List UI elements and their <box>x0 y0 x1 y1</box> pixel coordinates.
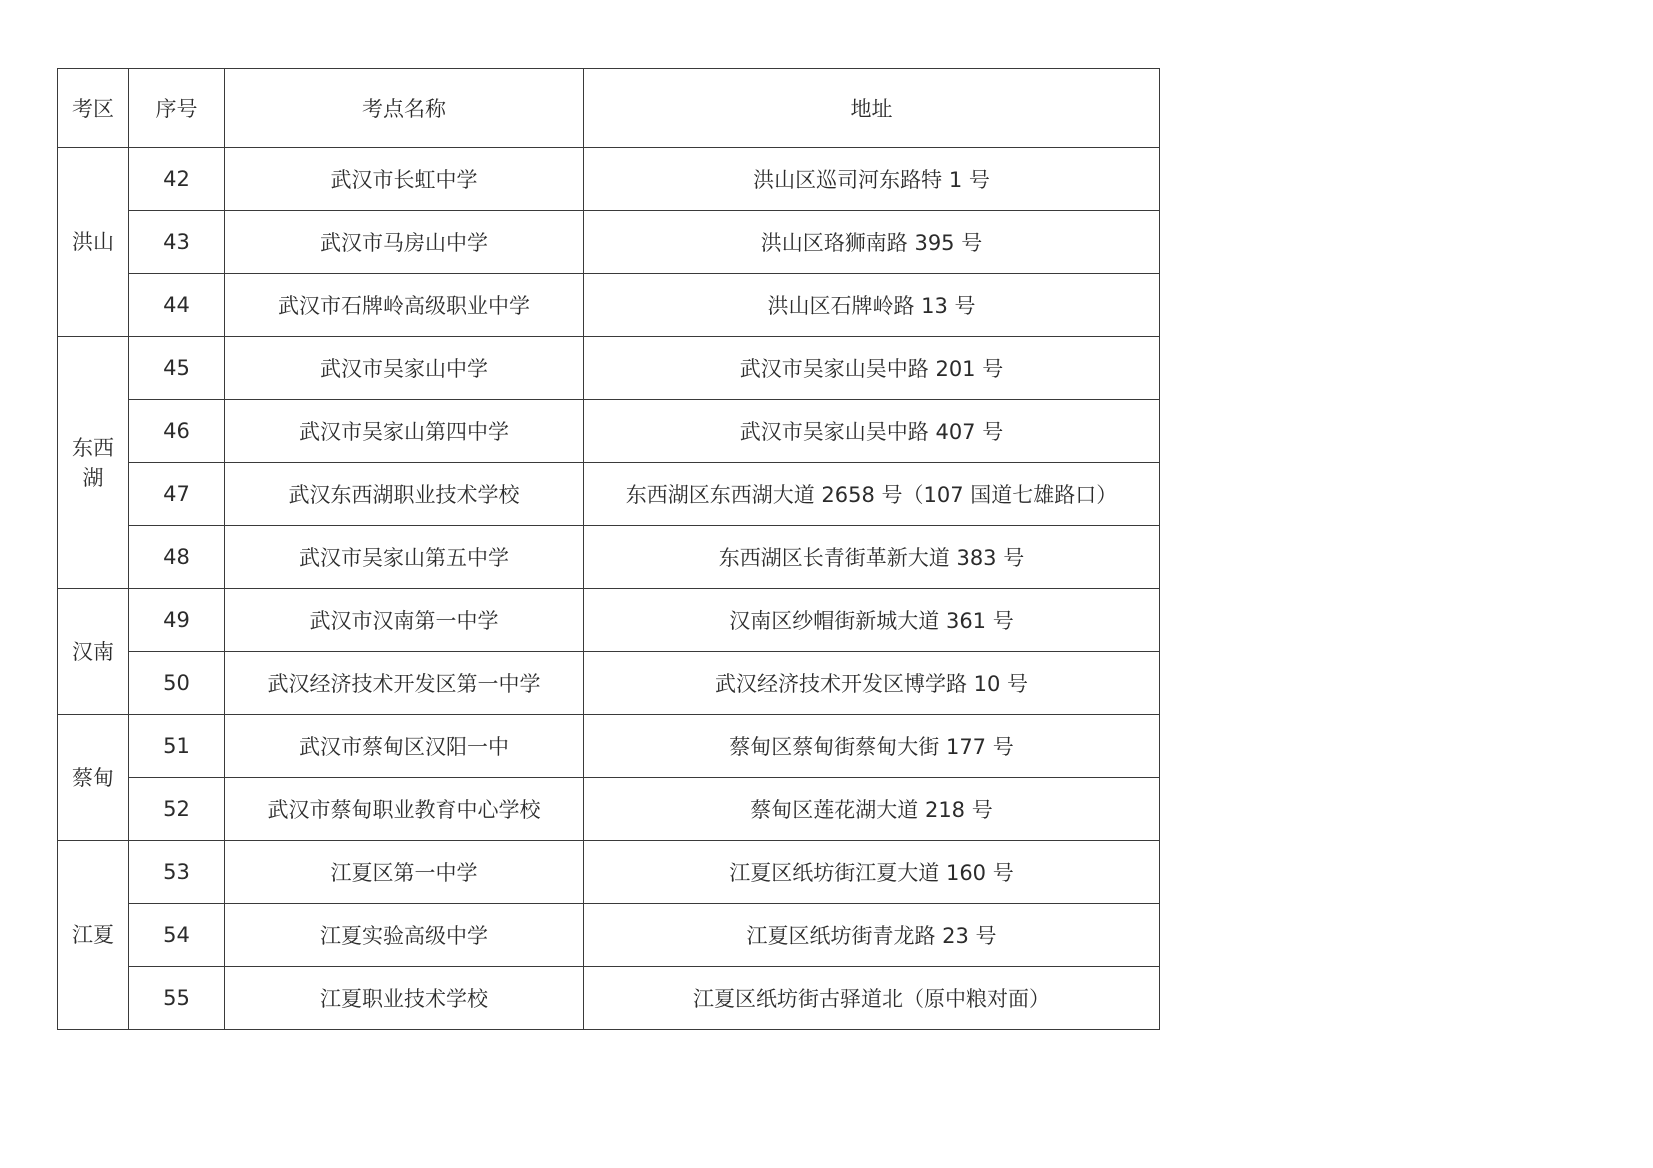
address-cell: 蔡甸区莲花湖大道 218 号 <box>584 778 1160 841</box>
table-header: 考区 序号 考点名称 地址 <box>58 69 1160 148</box>
address-cell: 洪山区珞狮南路 395 号 <box>584 211 1160 274</box>
exam-sites-table: 考区 序号 考点名称 地址 洪山 42 武汉市长虹中学 洪山区巡司河东路特 1 … <box>57 68 1160 1030</box>
table-row: 汉南 49 武汉市汉南第一中学 汉南区纱帽街新城大道 361 号 <box>58 589 1160 652</box>
seq-cell: 51 <box>129 715 225 778</box>
address-cell: 蔡甸区蔡甸街蔡甸大街 177 号 <box>584 715 1160 778</box>
header-address: 地址 <box>584 69 1160 148</box>
seq-cell: 50 <box>129 652 225 715</box>
seq-cell: 42 <box>129 148 225 211</box>
table-row: 54 江夏实验高级中学 江夏区纸坊街青龙路 23 号 <box>58 904 1160 967</box>
district-cell: 洪山 <box>58 148 129 337</box>
seq-cell: 45 <box>129 337 225 400</box>
site-name-cell: 武汉市吴家山第五中学 <box>225 526 584 589</box>
seq-cell: 47 <box>129 463 225 526</box>
site-name-cell: 武汉市长虹中学 <box>225 148 584 211</box>
seq-cell: 54 <box>129 904 225 967</box>
site-name-cell: 江夏职业技术学校 <box>225 967 584 1030</box>
site-name-cell: 武汉市吴家山中学 <box>225 337 584 400</box>
seq-cell: 48 <box>129 526 225 589</box>
table-row: 东西湖 45 武汉市吴家山中学 武汉市吴家山吴中路 201 号 <box>58 337 1160 400</box>
address-cell: 洪山区石牌岭路 13 号 <box>584 274 1160 337</box>
site-name-cell: 江夏实验高级中学 <box>225 904 584 967</box>
table-row: 48 武汉市吴家山第五中学 东西湖区长青街革新大道 383 号 <box>58 526 1160 589</box>
seq-cell: 53 <box>129 841 225 904</box>
district-cell: 汉南 <box>58 589 129 715</box>
seq-cell: 46 <box>129 400 225 463</box>
site-name-cell: 武汉东西湖职业技术学校 <box>225 463 584 526</box>
table-row: 蔡甸 51 武汉市蔡甸区汉阳一中 蔡甸区蔡甸街蔡甸大街 177 号 <box>58 715 1160 778</box>
address-cell: 江夏区纸坊街古驿道北（原中粮对面） <box>584 967 1160 1030</box>
header-row: 考区 序号 考点名称 地址 <box>58 69 1160 148</box>
site-name-cell: 武汉经济技术开发区第一中学 <box>225 652 584 715</box>
table-row: 52 武汉市蔡甸职业教育中心学校 蔡甸区莲花湖大道 218 号 <box>58 778 1160 841</box>
table-row: 43 武汉市马房山中学 洪山区珞狮南路 395 号 <box>58 211 1160 274</box>
address-cell: 武汉经济技术开发区博学路 10 号 <box>584 652 1160 715</box>
address-cell: 武汉市吴家山吴中路 407 号 <box>584 400 1160 463</box>
address-cell: 江夏区纸坊街青龙路 23 号 <box>584 904 1160 967</box>
site-name-cell: 武汉市石牌岭高级职业中学 <box>225 274 584 337</box>
table-row: 46 武汉市吴家山第四中学 武汉市吴家山吴中路 407 号 <box>58 400 1160 463</box>
site-name-cell: 武汉市蔡甸区汉阳一中 <box>225 715 584 778</box>
table-row: 47 武汉东西湖职业技术学校 东西湖区东西湖大道 2658 号（107 国道七雄… <box>58 463 1160 526</box>
header-seq: 序号 <box>129 69 225 148</box>
header-district: 考区 <box>58 69 129 148</box>
seq-cell: 49 <box>129 589 225 652</box>
seq-cell: 44 <box>129 274 225 337</box>
address-cell: 东西湖区长青街革新大道 383 号 <box>584 526 1160 589</box>
district-cell: 东西湖 <box>58 337 129 589</box>
table-row: 洪山 42 武汉市长虹中学 洪山区巡司河东路特 1 号 <box>58 148 1160 211</box>
table-row: 44 武汉市石牌岭高级职业中学 洪山区石牌岭路 13 号 <box>58 274 1160 337</box>
seq-cell: 55 <box>129 967 225 1030</box>
address-cell: 武汉市吴家山吴中路 201 号 <box>584 337 1160 400</box>
table-body: 洪山 42 武汉市长虹中学 洪山区巡司河东路特 1 号 43 武汉市马房山中学 … <box>58 148 1160 1030</box>
table-row: 江夏 53 江夏区第一中学 江夏区纸坊街江夏大道 160 号 <box>58 841 1160 904</box>
site-name-cell: 武汉市汉南第一中学 <box>225 589 584 652</box>
site-name-cell: 武汉市马房山中学 <box>225 211 584 274</box>
site-name-cell: 江夏区第一中学 <box>225 841 584 904</box>
seq-cell: 52 <box>129 778 225 841</box>
address-cell: 汉南区纱帽街新城大道 361 号 <box>584 589 1160 652</box>
table-row: 50 武汉经济技术开发区第一中学 武汉经济技术开发区博学路 10 号 <box>58 652 1160 715</box>
address-cell: 洪山区巡司河东路特 1 号 <box>584 148 1160 211</box>
district-cell: 江夏 <box>58 841 129 1030</box>
site-name-cell: 武汉市蔡甸职业教育中心学校 <box>225 778 584 841</box>
district-cell: 蔡甸 <box>58 715 129 841</box>
address-cell: 东西湖区东西湖大道 2658 号（107 国道七雄路口） <box>584 463 1160 526</box>
site-name-cell: 武汉市吴家山第四中学 <box>225 400 584 463</box>
seq-cell: 43 <box>129 211 225 274</box>
table-row: 55 江夏职业技术学校 江夏区纸坊街古驿道北（原中粮对面） <box>58 967 1160 1030</box>
header-name: 考点名称 <box>225 69 584 148</box>
address-cell: 江夏区纸坊街江夏大道 160 号 <box>584 841 1160 904</box>
